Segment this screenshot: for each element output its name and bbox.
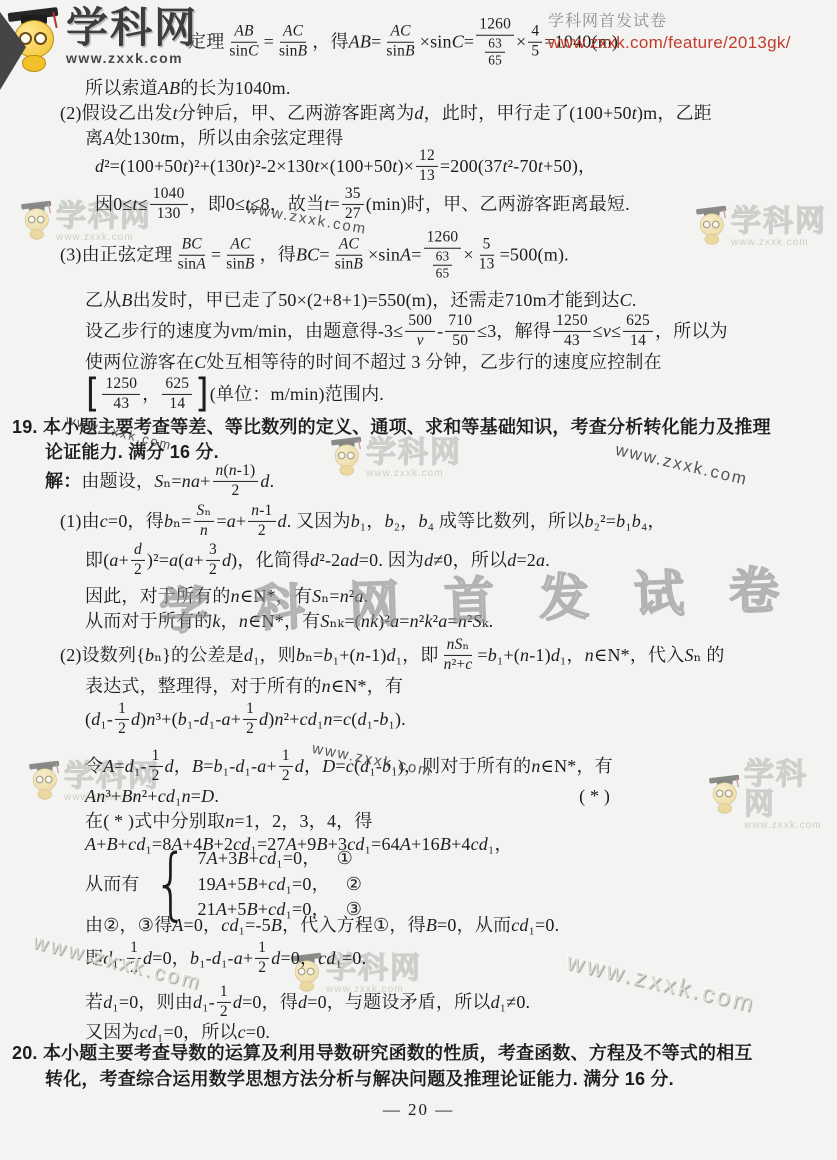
text-run: 1250 [556,312,588,331]
numerator: 1 [279,747,293,767]
text-run: sin [178,255,197,274]
text-run: ≤ [138,193,148,216]
doc-line-7: (3)由正弦定理BCsinA=ACsinB，得 BC=ACsinB×sinA=1… [60,229,569,282]
fraction: 125043 [553,312,591,350]
text-run: S [154,470,163,493]
denominator: 2 [131,561,145,580]
ghost-brand-text: 学科网 [366,438,462,468]
text-run: 1 [220,983,228,1002]
text-run: 50 [452,332,468,351]
text-run: 转化，考查综合运用数学思想方法分析与解决问题及推理论证能力. 满分 16 分. [45,1068,674,1091]
text-run: d [357,708,366,731]
text-run: 离 [85,127,103,150]
text-run: × [368,244,378,267]
numerator: 63 [485,35,505,52]
text-run: B [121,289,132,312]
text-run: 才能到达 [547,289,620,312]
fraction: 1213 [416,147,438,185]
text-run: C [452,31,464,54]
text-run: =0，从而 [437,914,511,937]
text-run: - [437,320,443,343]
text-run: ₙ= [305,644,323,667]
text-run: A [207,847,218,870]
text-run: c [238,1021,246,1044]
text-run: 19 [197,873,215,896]
fraction: n-12 [248,502,275,540]
text-run: ₙ 的 [694,644,725,667]
text-run: 2 [282,767,290,786]
text-run: d [260,470,269,493]
doc-line-14: 解：由题设，Sₙ=na+n(n-1)2d. [45,462,274,500]
text-run [30,229,44,239]
text-run: B [298,42,308,61]
text-run: AB [158,77,180,100]
text-run: 12 [419,147,435,166]
text-run: 2 [258,959,266,978]
doc-line-15: (1)由 c=0，得 bₙ=Sₙn=a+n-12d. 又因为 b₁，b₂，b₄ … [60,502,666,540]
text-run: b [379,708,388,731]
text-run: ₁- [367,708,380,731]
text-run: ₁- [221,947,234,970]
text-run: d [165,755,174,778]
text-run: ₙ [204,502,211,521]
text-run: 14 [630,332,646,351]
denominator: 65 [485,52,505,68]
text-run: d [212,947,221,970]
text-run: B [271,914,282,937]
numerator: 4 [528,23,542,43]
text-run: =0，得 [108,510,164,533]
text-run: b [214,755,223,778]
doc-line-4: 离 A 处130t m，所以由余弦定理得 [85,127,343,150]
text-run: ²-70 [508,155,538,178]
site-url-watermark-3: www.zxxk.com [614,440,750,490]
text-run [705,234,719,244]
denominator: sinC [226,42,261,61]
bracket: ] [195,376,208,411]
text-run: ≤ [611,320,621,343]
text-run: ₁=0. [336,947,367,970]
text-run: = [333,708,343,731]
ghost-logo-watermark-5: 学科网www.zxxk.com [708,760,837,831]
denominator: 13 [476,255,498,274]
text-run: ₂， [394,510,419,533]
text-run: 130 [157,205,181,224]
text-run [338,452,346,460]
text-run: =200(37 [440,155,503,178]
zxxk-mascot-icon [708,774,730,800]
text-run: 1 [282,747,290,766]
text-run: 63 [488,35,502,51]
text-run: d [551,644,560,667]
zxxk-mascot-icon [28,760,50,786]
text-run: =0， [183,914,221,937]
text-run: . 又因为 [287,510,351,533]
text-run: n [356,644,365,667]
equation-tag: ① [337,847,353,870]
text-run: Bn [121,785,141,808]
ghost-logo-text: 学科网www.zxxk.com [366,438,462,479]
text-run: ，得 [312,31,348,54]
text-run: +3 [218,847,238,870]
doc-line-27: 由②，③得 A=0，cd₁=-5B，代入方程①，得 B=0，从而 cd₁=0. [85,914,559,937]
doc-line-21: (d₁-12d)n³+(b₁-d₁-a+12d)n²+cd₁n=c(d₁-b₁)… [85,700,406,738]
site-url-watermark-6: www.zxxk.com [564,948,759,1019]
text-run: . [214,785,219,808]
text-run: ²+ [452,656,466,675]
text-run: = [411,244,421,267]
text-run: 因0≤ [95,193,132,216]
denominator: 2 [115,720,129,739]
denominator: 13 [416,167,438,186]
text-run: 由题设， [81,470,154,493]
fraction: 125043 [102,375,140,413]
text-run: 1 [246,700,254,719]
text-run: ，由题意得-3≤ [287,320,403,343]
text-run: 令 [85,755,103,778]
text-run: × [420,31,430,54]
ghost-brand-text: 学科网 [731,207,827,237]
text-run: ₁， [560,644,585,667]
denominator: 14 [627,332,649,351]
text-run: 2 [220,1003,228,1022]
fraction: n(n-1)2 [213,462,259,500]
text-run: 2 [134,561,142,580]
text-run: 设乙步行的速度为 [85,320,231,343]
text-run: n [274,708,283,731]
text-run [38,789,52,799]
text-run: + [200,470,210,493]
text-run: c [343,708,351,731]
ghost-brand-url: www.zxxk.com [366,468,462,479]
doc-line-13: 论证能力. 满分 16 分. [45,441,219,464]
text-run: n [225,810,234,833]
fraction: d2 [131,541,145,579]
text-run: B [353,255,363,274]
denominator: 2 [217,1003,231,1022]
text-run: cd [300,708,317,731]
text-run: sin [229,42,248,61]
fraction: 12 [217,983,231,1021]
text-run [725,789,733,797]
text-run: b [351,510,360,533]
text-run: ，即0≤ [190,193,246,216]
text-run: cd [318,947,335,970]
text-run: min [290,383,319,406]
numerator: nSₙ [444,636,473,656]
bracket: [ [86,376,99,411]
numerator: 625 [623,312,653,332]
denominator: 5 [528,42,542,61]
first-release-title: 学科网首发试卷 [548,8,791,31]
text-run [716,789,724,797]
text-run: cd [471,833,488,856]
text-run: d [131,708,140,731]
text-run [36,776,44,784]
text-run: sin [226,255,245,274]
numerator: d [131,541,145,561]
numerator: 1 [217,983,231,1003]
text-run: ，代入方程①，得 [282,914,426,937]
fraction: ACsinB [332,236,366,274]
numerator: 625 [162,375,192,395]
doc-line-9: 设乙步行的速度为 v m/min，由题意得-3≤500v-71050≤3，解得1… [85,312,728,350]
text-run: n [146,708,155,731]
text-run: AC [230,236,250,255]
text-run: a [257,755,266,778]
text-run: ( * ) [579,785,610,808]
text-run: 表达式，整理得，对于所有的 [85,675,322,698]
text-run: 5 [531,42,539,61]
denominator: sinA [175,255,209,274]
text-run: A [400,244,411,267]
numerator: AC [387,23,413,43]
zxxk-logo: 学科网 www.zxxk.com [6,6,198,72]
doc-line-11: [125043，62514](单位：m/min)范围内. [85,375,384,413]
text-run: 在( * )式中分别取 [85,810,225,833]
zxxk-brand-url: www.zxxk.com [66,50,198,66]
text-run: sin [279,42,298,61]
text-run: ²+ [284,708,300,731]
text-run: 1 [118,700,126,719]
text-run: ₙ [463,636,470,655]
text-run: = [330,193,340,216]
text-run: n [229,462,237,481]
fraction: ABsinC [226,23,261,61]
page-number: — 20 — [0,1100,837,1120]
ghost-logo-text: 学科网www.zxxk.com [744,760,837,831]
text-run: ₁，则 [253,644,296,667]
text-run: 625 [165,375,189,394]
text-run [718,803,732,813]
numerator: 1040 [150,185,188,205]
text-run: v [231,320,239,343]
denominator: 2 [149,767,163,786]
text-run: d [200,708,209,731]
text-run: C [620,289,632,312]
text-run: sin [430,31,452,54]
text-run: B [405,42,415,61]
text-run: n [251,502,259,521]
denominator: 43 [561,332,583,351]
denominator: 14 [166,395,188,414]
doc-line-26: 从而有{7A+3B+cd₁=0，①19A+5B+cd₁=0，②21A+5B+cd… [85,845,362,923]
text-run: (单位： [210,383,271,406]
text-run: 所以索道 [85,77,158,100]
fraction: Sₙn [194,502,215,540]
text-run: + [194,549,204,572]
text-run: d [244,644,253,667]
text-run: n [531,755,540,778]
text-run: B [247,873,258,896]
text-run: -1) [365,644,387,667]
text-run: ₁=0， [286,873,330,896]
text-run: 65 [488,52,502,68]
text-run: d [235,755,244,778]
text-run: = [114,755,124,778]
fraction: 1040130 [150,185,188,223]
text-run: 35 [345,185,361,204]
text-run: (2)设数列{ [60,644,145,667]
text-run: A [103,755,114,778]
text-run [703,221,711,229]
text-run: 1 [152,747,160,766]
doc-line-29: 若 d₁=0，则由 d₁-12d=0，得 d=0，与题设矛盾，所以 d₁≠0. [85,983,530,1021]
numerator: AC [227,236,253,256]
text-run: ₁，即 [396,644,439,667]
text-run: ×(100+50 [319,155,392,178]
denominator: n [197,522,211,541]
text-run: )，还需走710 [426,289,533,312]
text-run: m [239,320,253,343]
text-run: ₁- [209,708,222,731]
text-run: + [249,847,259,870]
text-run: n [323,708,332,731]
text-run: cd [140,1021,157,1044]
text-run: ³+( [156,708,178,731]
numerator: 1 [149,747,163,767]
text-run: v [603,320,611,343]
fraction: 12 [115,700,129,738]
equation-tag: ② [346,873,362,896]
text-run: d [95,155,104,178]
text-run: ₁- [100,708,113,731]
text-run: ，所以为 [655,320,728,343]
denominator: 2 [243,720,257,739]
ghost-brand-url: www.zxxk.com [744,820,837,831]
denominator: 2 [255,522,269,541]
text-run: +50)， [543,155,596,178]
text-run: c [100,510,108,533]
text-run: ₁=0，所以 [157,1021,238,1044]
text-run: ，乙距 [657,102,712,125]
text-run: A [400,833,411,856]
text-run: nS [447,636,463,655]
text-run: + [231,708,241,731]
text-run: 63 [436,248,450,264]
numerator: 500 [405,312,435,332]
text-run: +5 [227,873,247,896]
text-run: ₁=64 [365,833,400,856]
zxxk-mascot-icon [20,200,42,226]
text-run: sin [386,42,405,61]
doc-line-23: An³+Bn²+cd₁n=D.( * ) [85,785,610,808]
text-run: m [271,383,285,406]
numerator: AC [280,23,306,43]
text-run: 乙从 [85,289,121,312]
fraction: 6365 [485,35,505,68]
system-row: 7A+3B+cd₁=0，① [197,847,362,870]
feature-url-link: www.zxxk.com/feature/2013gk/ [548,33,791,53]
text-run: ₁). [389,708,406,731]
text-run: d [414,102,423,125]
doc-line-5: d²=(100+50t)²+(130t)²-2×130t×(100+50t)×1… [95,147,596,185]
text-run: =0，得 [242,991,298,1014]
text-run: a [234,947,243,970]
text-run: BC [182,236,202,255]
text-run: m [533,289,547,312]
text-run: 625 [626,312,650,331]
fraction: 62514 [162,375,192,413]
denominator: 2 [229,482,243,501]
text-run: sin [378,244,400,267]
text-run: 13 [419,167,435,186]
numerator: 1 [255,939,269,959]
text-run: ≤3，解得 [477,320,551,343]
text-run: min [372,193,401,216]
text-run: 的长为1040 [180,77,271,100]
text-run: ₁≠0. [500,991,530,1014]
text-run: + [267,755,277,778]
text-run: 又因为 [85,1021,140,1044]
fraction: nSₙn²+c [441,636,476,674]
numerator: 35 [342,185,364,205]
text-run: b [190,947,199,970]
doc-line-3: (2)假设乙出发 t 分钟后，甲、乙两游客距离为 d，此时，甲行走了(100+5… [60,102,712,125]
text-run: b [418,510,427,533]
text-run: b [385,510,394,533]
text-run: 使两位游客在 [85,351,194,374]
text-run: d [278,510,287,533]
doc-line-31: 20. 本小题主要考查导数的运算及利用导数研究函数的性质，考查函数、方程及不等式… [12,1042,753,1065]
text-run: b [145,644,154,667]
text-run: =1，2，3，4，得 [234,810,372,833]
text-run: cd [268,873,285,896]
fraction: 12 [279,747,293,785]
numerator: n(n-1) [213,462,259,482]
text-run: 分钟后，甲、乙两游客距离为 [178,102,415,125]
text-run: cd [259,847,276,870]
fraction: 45 [528,23,542,61]
text-run: B [426,914,437,937]
text-run: = [216,510,226,533]
text-run: (3)由正弦定理 [60,244,173,267]
text-run: ³+ [105,785,121,808]
text-run: ， [174,755,192,778]
text-run: ，得 [260,244,296,267]
text-run: n [520,644,529,667]
text-run: )²+(130 [188,155,244,178]
text-run: n [200,522,208,541]
text-run: ₁=0，则由 [112,991,193,1014]
text-run: d [222,549,231,572]
doc-line-30: 又因为 cd₁=0，所以 c=0. [85,1021,270,1044]
text-run: . [632,289,637,312]
numerator: AC [336,236,362,256]
text-run: =0. [246,1021,270,1044]
denominator: sinB [332,255,366,274]
fraction: 71050 [445,312,475,350]
text-run: ₙ= [163,470,181,493]
text-run [347,452,355,460]
text-run: ₙ}的公差是 [154,644,244,667]
system-brace: { [153,845,188,923]
text-run: cd [511,914,528,937]
text-run: + [258,873,268,896]
text-run [712,221,720,229]
text-run: 500 [408,312,432,331]
text-run: ∈ [331,675,345,698]
text-run: + [119,549,129,572]
text-run: b [178,708,187,731]
text-run [37,216,45,224]
text-run: ₂²= [594,510,616,533]
text-run: An [85,785,105,808]
text-run: = [477,644,487,667]
text-run: ₁=-5 [239,914,271,937]
text-run: )²-2×130 [249,155,314,178]
text-run: 20. 本小题主要考查导数的运算及利用导数研究函数的性质，考查函数、方程及不等式… [12,1042,753,1065]
